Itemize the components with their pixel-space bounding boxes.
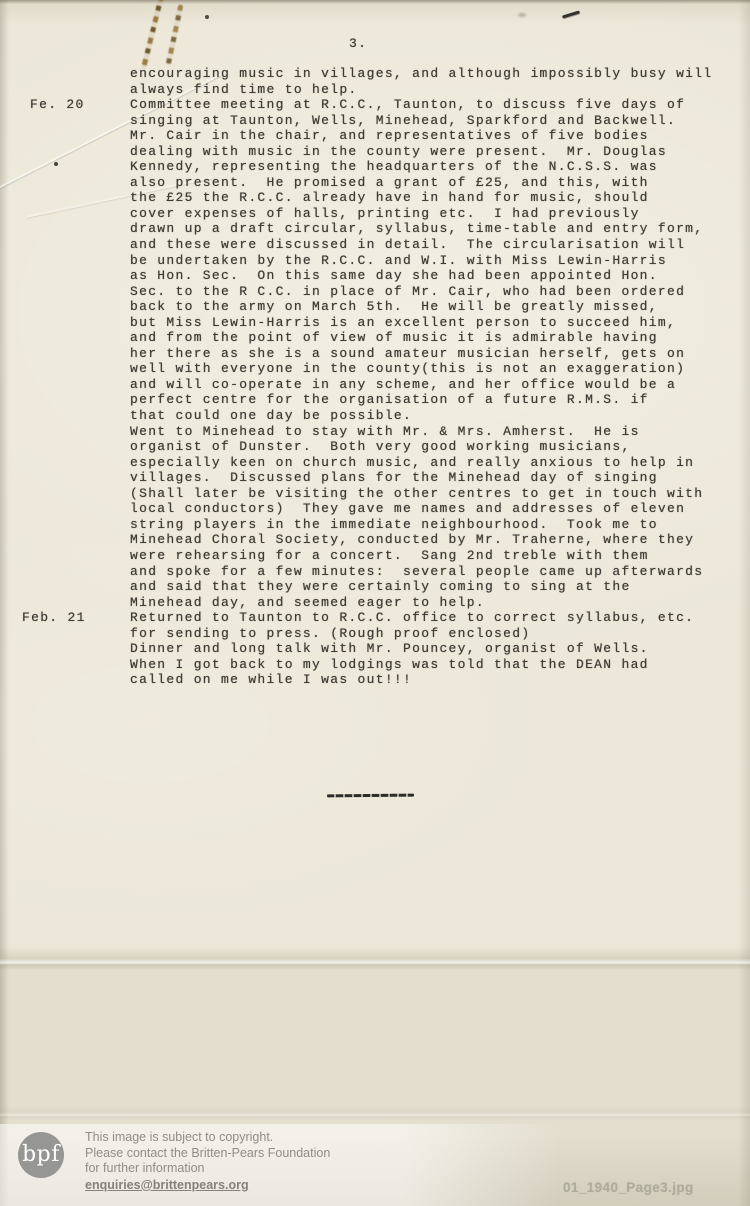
typed-line: Dinner and long talk with Mr. Pouncey, o… <box>130 641 734 657</box>
typed-line: cover expenses of halls, printing etc. I… <box>130 206 734 222</box>
typed-line: Minehead Choral Society, conducted by Mr… <box>130 532 734 548</box>
typed-line: Committee meeting at R.C.C., Taunton, to… <box>130 97 734 113</box>
typed-line: encouraging music in villages, and altho… <box>130 66 734 82</box>
filename-watermark: 01_1940_Page3.jpg <box>563 1180 694 1195</box>
typed-line: also present. He promised a grant of £25… <box>130 175 734 191</box>
smudge-mark <box>518 13 526 17</box>
typed-line: (Shall later be visiting the other centr… <box>130 486 734 502</box>
typed-line: that could one day be possible. <box>130 408 734 424</box>
copyright-line: for further information <box>85 1161 505 1177</box>
typed-line: Sec. to the R C.C. in place of Mr. Cair,… <box>130 284 734 300</box>
typed-line: back to the army on March 5th. He will b… <box>130 299 734 315</box>
typed-line: be undertaken by the R.C.C. and W.I. wit… <box>130 253 734 269</box>
typed-line: string players in the immediate neighbou… <box>130 517 734 533</box>
typed-line: the £25 the R.C.C. already have in hand … <box>130 190 734 206</box>
typed-line: but Miss Lewin-Harris is an excellent pe… <box>130 315 734 331</box>
typed-line: and will co-operate in any scheme, and h… <box>130 377 734 393</box>
typed-line: as Hon. Sec. On this same day she had be… <box>130 268 734 284</box>
typed-line: When I got back to my lodgings was told … <box>130 657 734 673</box>
typed-line: well with everyone in the county(this is… <box>130 361 734 377</box>
typed-line: called on me while I was out!!! <box>130 672 734 688</box>
typed-line: organist of Dunster. Both very good work… <box>130 439 734 455</box>
typed-line: drawn up a draft circular, syllabus, tim… <box>130 221 734 237</box>
bpf-logo: bpf <box>18 1132 64 1178</box>
typed-line: Kennedy, representing the headquarters o… <box>130 159 734 175</box>
typed-line: singing at Taunton, Wells, Minehead, Spa… <box>130 113 734 129</box>
entry-date-label: Feb. 21 <box>22 610 86 625</box>
copyright-notice: This image is subject to copyright. Plea… <box>85 1130 505 1193</box>
typed-line: local conductors) They gave me names and… <box>130 501 734 517</box>
typed-line: and spoke for a few minutes: several peo… <box>130 564 734 580</box>
typed-line: and these were discussed in detail. The … <box>130 237 734 253</box>
entry-date-label: Fe. 20 <box>30 97 85 112</box>
copyright-line: This image is subject to copyright. <box>85 1130 505 1146</box>
typed-line: Went to Minehead to stay with Mr. & Mrs.… <box>130 424 734 440</box>
typed-line: her there as she is a sound amateur musi… <box>130 346 734 362</box>
typed-line: for sending to press. (Rough proof enclo… <box>130 626 734 642</box>
contact-email-link[interactable]: enquiries@brittenpears.org <box>85 1178 249 1194</box>
typed-line: and from the point of view of music it i… <box>130 330 734 346</box>
typed-line: especially keen on church music, and rea… <box>130 455 734 471</box>
typed-line: Minehead day, and seemed eager to help. <box>130 595 734 611</box>
page-number: 3. <box>349 36 367 51</box>
typed-line: perfect centre for the organisation of a… <box>130 392 734 408</box>
typed-line: dealing with music in the county were pr… <box>130 144 734 160</box>
typed-line: Mr. Cair in the chair, and representativ… <box>130 128 734 144</box>
diary-entries: encouraging music in villages, and altho… <box>130 66 734 688</box>
scan-edge-top <box>0 0 750 4</box>
typed-line: were rehearsing for a concert. Sang 2nd … <box>130 548 734 564</box>
copyright-line: Please contact the Britten-Pears Foundat… <box>85 1146 505 1162</box>
diary-entry: Fe. 20Committee meeting at R.C.C., Taunt… <box>130 97 734 610</box>
typed-line: and said that they were certainly coming… <box>130 579 734 595</box>
typed-line: villages. Discussed plans for the Minehe… <box>130 470 734 486</box>
diary-entry: Feb. 21Returned to Taunton to R.C.C. off… <box>130 610 734 688</box>
bpf-logo-text: bpf <box>22 1144 60 1166</box>
diary-entry: encouraging music in villages, and altho… <box>130 66 734 97</box>
typed-line: always find time to help. <box>130 82 734 98</box>
typed-line: Returned to Taunton to R.C.C. office to … <box>130 610 734 626</box>
